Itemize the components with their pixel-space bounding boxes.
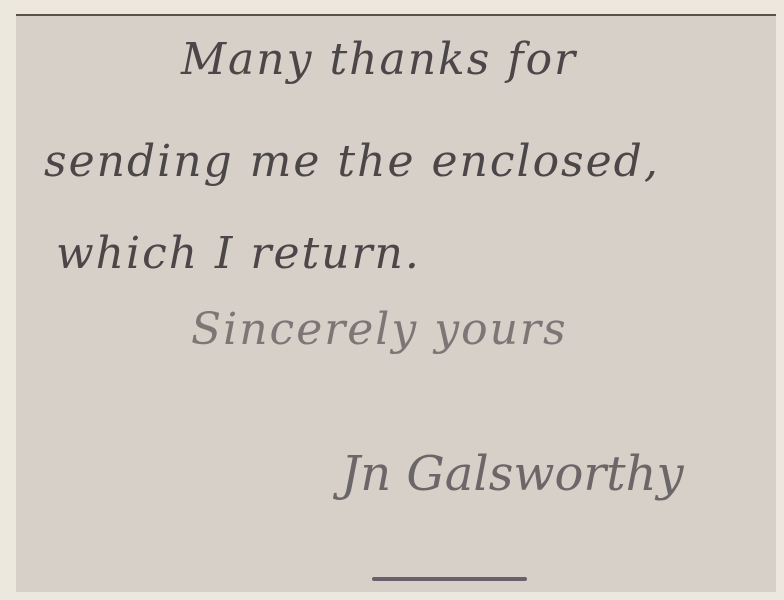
note-line-3: which I return. xyxy=(56,228,421,279)
note-line-2: sending me the enclosed, xyxy=(44,136,660,187)
note-line-1: Many thanks for xyxy=(181,34,577,85)
handwritten-note-card: Many thanks for sending me the enclosed,… xyxy=(16,14,776,592)
signature: Jn Galsworthy xyxy=(341,446,684,502)
note-closing: Sincerely yours xyxy=(191,304,568,355)
signature-underline xyxy=(372,577,527,581)
